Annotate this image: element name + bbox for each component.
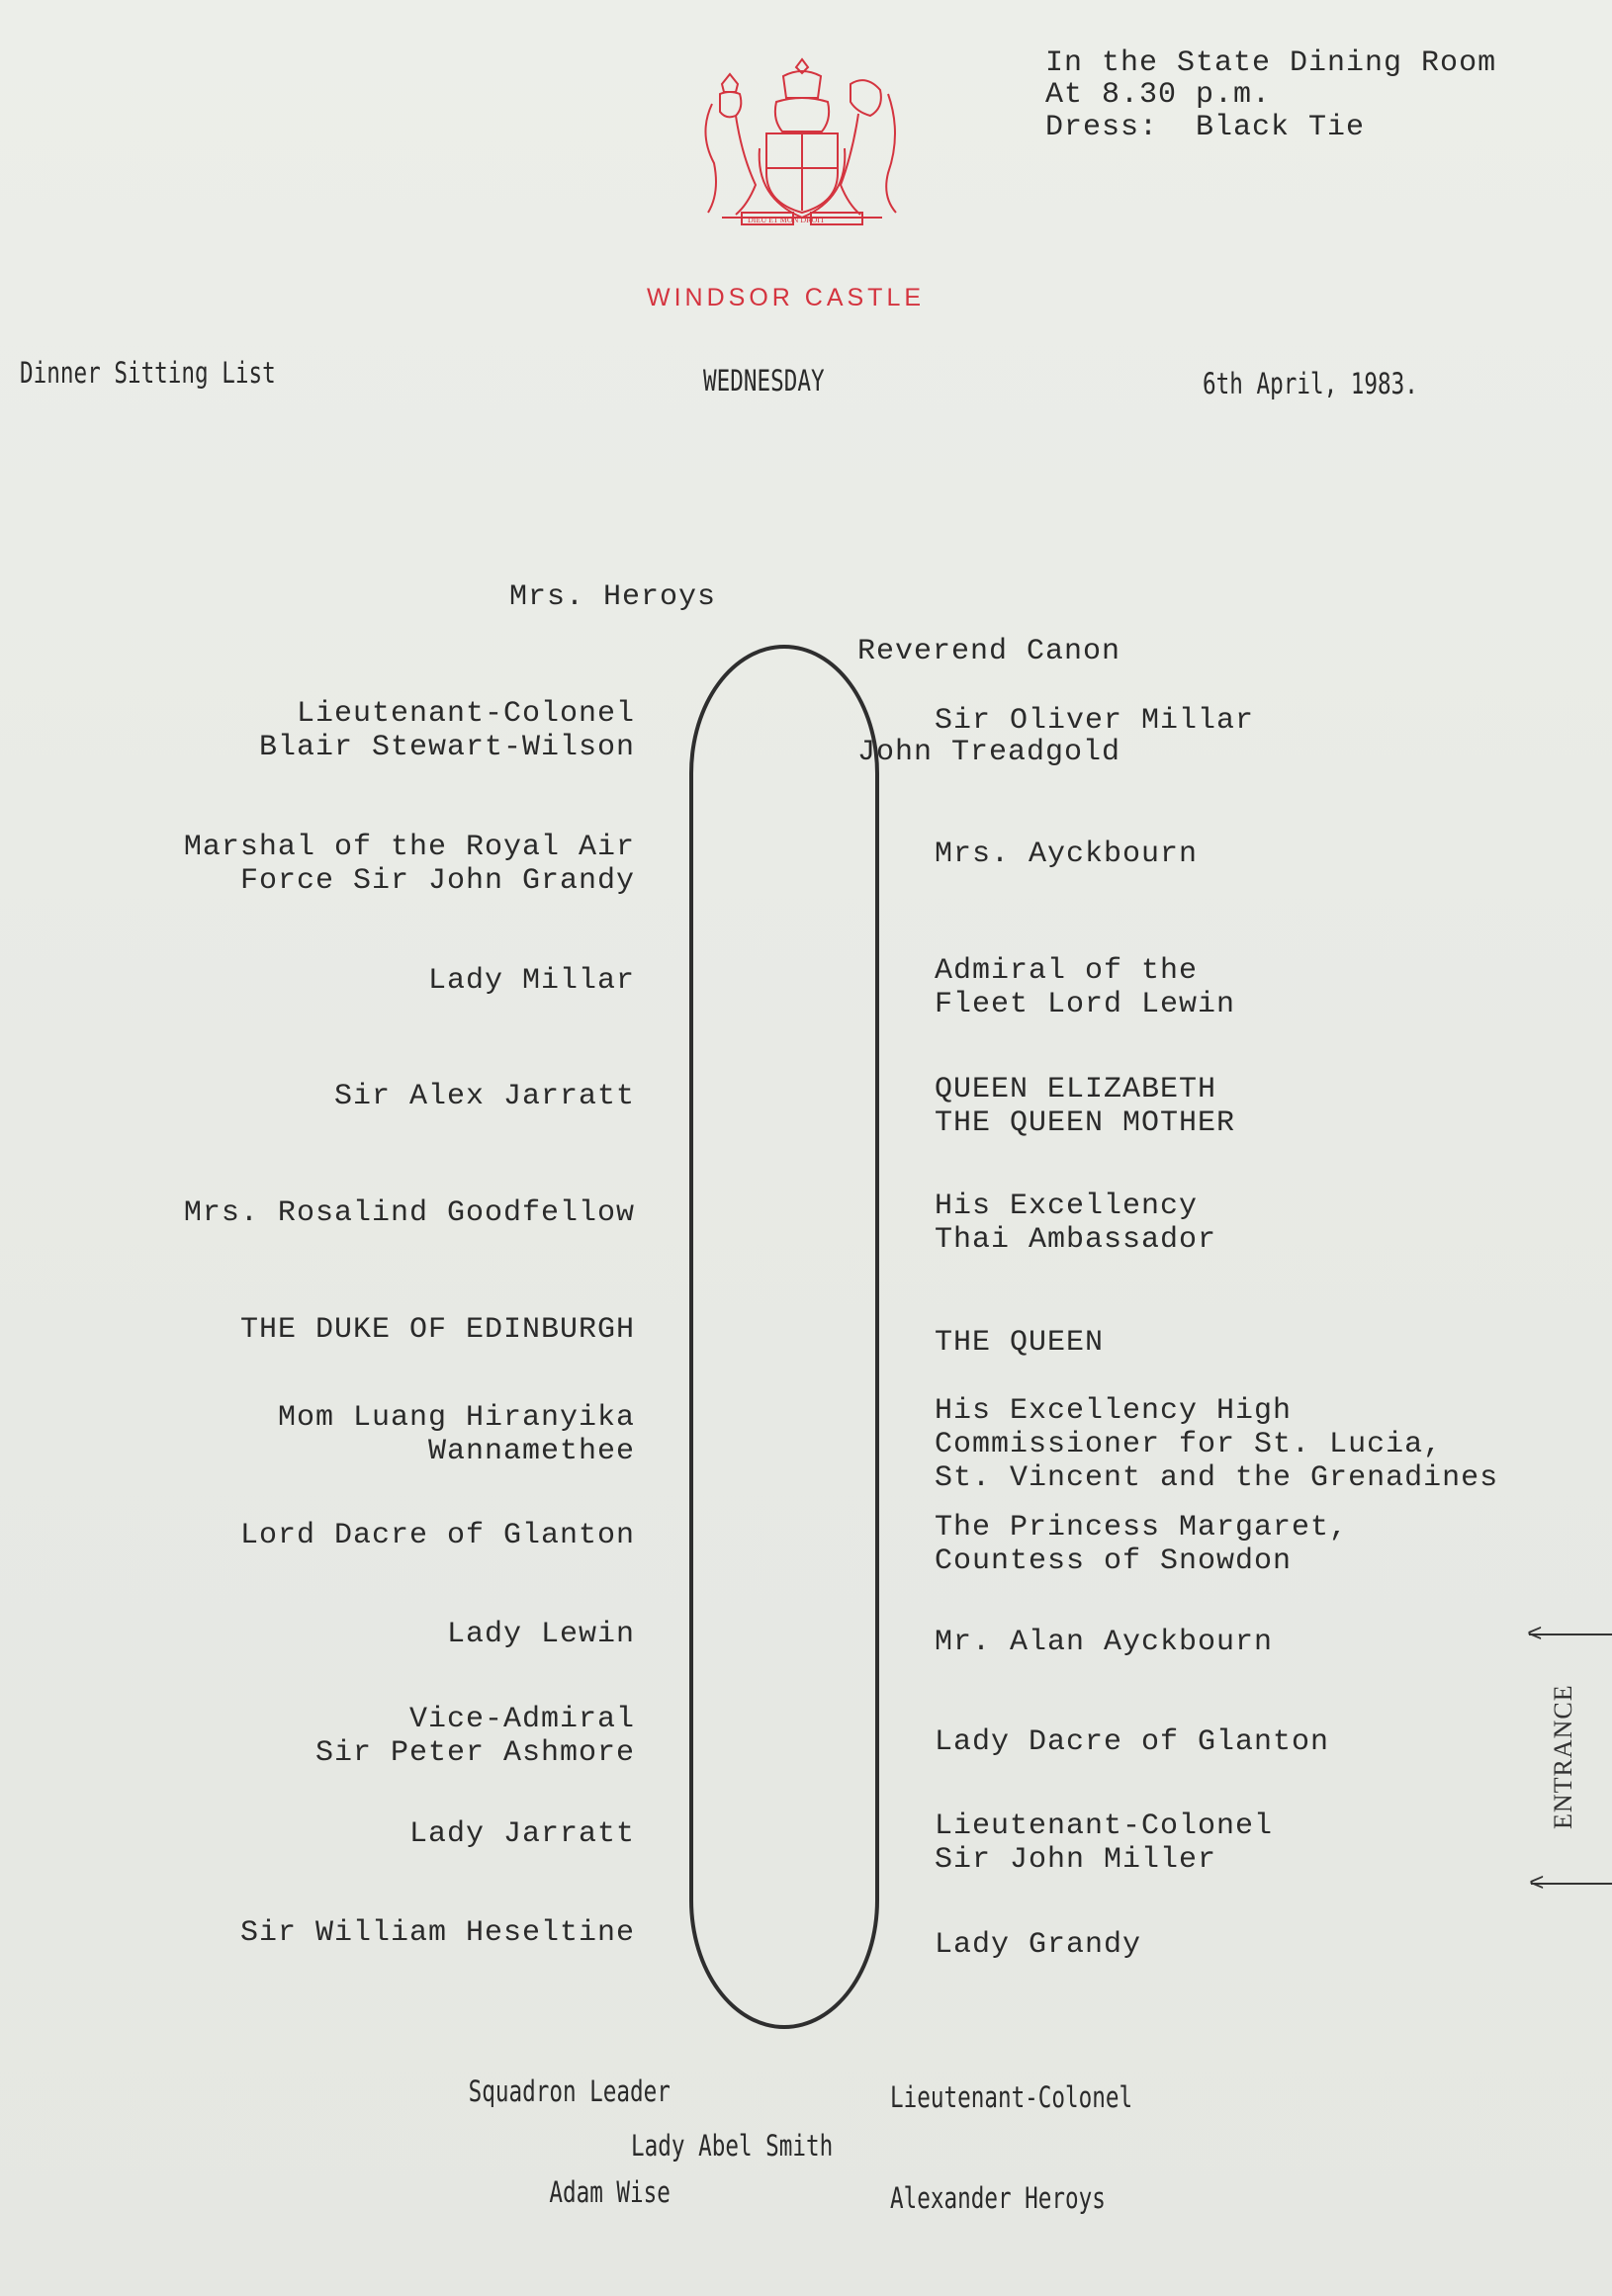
seat-line: Thai Ambassador [935, 1223, 1216, 1257]
seat-left-2: Marshal of the Royal AirForce Sir John G… [184, 831, 635, 898]
royal-coat-of-arms-icon: DIEU ET MON DROIT [692, 54, 912, 232]
seat-line: Lady Grandy [935, 1928, 1141, 1962]
arrow-left-icon: < [1529, 1871, 1545, 1897]
event-location: In the State Dining Room [1045, 46, 1496, 80]
document-page: DIEU ET MON DROIT WINDSOR CASTLE In the … [0, 0, 1612, 2296]
seat-right-10: Lady Dacre of Glanton [935, 1725, 1329, 1759]
seat-left-10: Vice-AdmiralSir Peter Ashmore [315, 1703, 635, 1770]
seat-right-5: His ExcellencyThai Ambassador [935, 1190, 1216, 1257]
seat-line: Lieutenant-Colonel [259, 697, 635, 731]
seat-line: Vice-Admiral [315, 1703, 635, 1736]
seat-line: Lieutenant-Colonel [890, 2080, 1132, 2114]
day-label: WEDNESDAY [703, 364, 825, 397]
seat-line: Lady Lewin [447, 1618, 635, 1651]
seat-line: Adam Wise [469, 2175, 671, 2209]
seat-right-11: Lieutenant-ColonelSir John Miller [935, 1810, 1273, 1877]
seat-right-1: Sir Oliver Millar [935, 704, 1254, 738]
seat-line: Lady Dacre of Glanton [935, 1725, 1329, 1759]
seat-right-2: Mrs. Ayckbourn [935, 838, 1198, 871]
seat-line: Fleet Lord Lewin [935, 988, 1235, 1021]
seat-left-1: Lieutenant-ColonelBlair Stewart-Wilson [259, 697, 635, 764]
seat-right-8: The Princess Margaret,Countess of Snowdo… [935, 1511, 1348, 1578]
seat-head-left: Mrs. Heroys [509, 580, 716, 614]
seat-line: Sir Alex Jarratt [334, 1080, 635, 1113]
seat-line: Sir William Heseltine [240, 1916, 635, 1950]
seat-left-4: Sir Alex Jarratt [334, 1080, 635, 1113]
seat-line: THE QUEEN MOTHER [935, 1106, 1235, 1140]
seat-line: Commissioner for St. Lucia, [935, 1428, 1498, 1461]
seat-line: His Excellency High [935, 1394, 1498, 1428]
event-time: At 8.30 p.m. [1045, 78, 1271, 112]
seat-line: His Excellency [935, 1190, 1216, 1223]
seat-head-right: Reverend Canon John Treadgold [857, 568, 1120, 837]
seat-line: Alexander Heroys [890, 2181, 1132, 2215]
seat-line: Marshal of the Royal Air [184, 831, 635, 864]
seat-right-7: His Excellency HighCommissioner for St. … [935, 1394, 1498, 1495]
seat-line: Mr. Alan Ayckbourn [935, 1626, 1273, 1659]
seat-line: Sir John Miller [935, 1843, 1273, 1877]
seat-line: Mrs. Ayckbourn [935, 838, 1198, 871]
event-dress-code: Dress: Black Tie [1045, 111, 1365, 144]
letterhead-place: WINDSOR CASTLE [647, 284, 925, 312]
seat-line: Admiral of the [935, 954, 1235, 988]
seat-line: Force Sir John Grandy [184, 864, 635, 898]
seat-right-4: QUEEN ELIZABETHTHE QUEEN MOTHER [935, 1073, 1235, 1140]
seat-line: Wannamethee [278, 1435, 635, 1468]
seat-left-8: Lord Dacre of Glanton [240, 1519, 635, 1552]
seat-line: Sir Peter Ashmore [315, 1736, 635, 1770]
date-label: 6th April, 1983. [1203, 367, 1418, 400]
seat-foot-center: Lady Abel Smith [631, 2129, 833, 2163]
seat-right-12: Lady Grandy [935, 1928, 1141, 1962]
seat-line: St. Vincent and the Grenadines [935, 1461, 1498, 1495]
seat-left-6: THE DUKE OF EDINBURGH [240, 1313, 635, 1347]
seat-line: The Princess Margaret, [935, 1511, 1348, 1545]
arrow-left-icon: < [1527, 1622, 1543, 1647]
seat-line: Sir Oliver Millar [935, 704, 1254, 738]
seat-line: Lady Millar [428, 964, 635, 998]
seat-line: Reverend Canon [857, 635, 1120, 668]
seat-line: THE QUEEN [935, 1326, 1104, 1360]
seat-foot-right: Lieutenant-Colonel Alexander Heroys [890, 2013, 1132, 2282]
seat-left-7: Mom Luang HiranyikaWannamethee [278, 1401, 635, 1468]
seat-line: Lord Dacre of Glanton [240, 1519, 635, 1552]
seat-line: QUEEN ELIZABETH [935, 1073, 1235, 1106]
seat-line: John Treadgold [857, 736, 1120, 769]
seat-left-11: Lady Jarratt [409, 1817, 635, 1851]
seat-line: Lady Jarratt [409, 1817, 635, 1851]
seat-line: Mrs. Rosalind Goodfellow [184, 1196, 635, 1230]
seat-right-9: Mr. Alan Ayckbourn [935, 1626, 1273, 1659]
seat-line: Mom Luang Hiranyika [278, 1401, 635, 1435]
seat-left-12: Sir William Heseltine [240, 1916, 635, 1950]
seat-left-5: Mrs. Rosalind Goodfellow [184, 1196, 635, 1230]
seat-left-9: Lady Lewin [447, 1618, 635, 1651]
entrance-label: ENTRANCE [1549, 1684, 1578, 1829]
seat-line: Blair Stewart-Wilson [259, 731, 635, 764]
svg-text:DIEU ET MON DROIT: DIEU ET MON DROIT [748, 216, 825, 224]
seat-right-3: Admiral of theFleet Lord Lewin [935, 954, 1235, 1021]
dining-table [689, 645, 879, 2029]
document-title: Dinner Sitting List [20, 356, 276, 390]
seat-line: Squadron Leader [469, 2075, 671, 2108]
seat-right-6: THE QUEEN [935, 1326, 1104, 1360]
seat-line: THE DUKE OF EDINBURGH [240, 1313, 635, 1347]
seat-line: Lieutenant-Colonel [935, 1810, 1273, 1843]
seat-left-3: Lady Millar [428, 964, 635, 998]
seat-line: Countess of Snowdon [935, 1545, 1348, 1578]
